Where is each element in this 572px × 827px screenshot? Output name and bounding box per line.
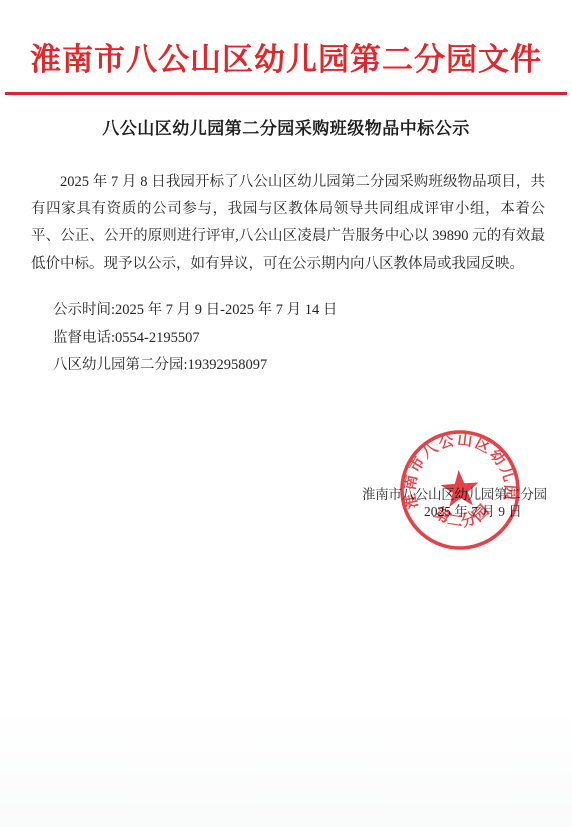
announcement-body-paragraph: 2025 年 7 月 8 日我园开标了八公山区幼儿园第二分园采购班级物品项目，共…	[31, 169, 545, 278]
kindergarten-contact-line: 八区幼儿园第二分园:19392958097	[53, 352, 337, 380]
header-divider-rule	[5, 92, 567, 95]
document-header-title: 淮南市八公山区幼儿园第二分园文件	[0, 34, 572, 79]
seal-star-icon	[440, 469, 480, 508]
document-page: 淮南市八公山区幼儿园第二分园文件 八公山区幼儿园第二分园采购班级物品中标公示 2…	[0, 0, 572, 827]
scan-shadow-artifact	[0, 707, 572, 827]
supervision-phone-line: 监督电话:0554-2195507	[53, 325, 337, 353]
announcement-title: 八公山区幼儿园第二分园采购班级物品中标公示	[0, 114, 572, 139]
seal-bottom-text: 第二分园	[430, 499, 494, 533]
publicity-period-line: 公示时间:2025 年 7 月 9 日-2025 年 7 月 14 日	[53, 297, 337, 325]
official-seal-stamp: 淮南市八公山区幼儿园 第二分园	[385, 415, 534, 564]
info-block: 公示时间:2025 年 7 月 9 日-2025 年 7 月 14 日 监督电话…	[53, 297, 337, 380]
svg-text:第二分园: 第二分园	[430, 499, 494, 533]
